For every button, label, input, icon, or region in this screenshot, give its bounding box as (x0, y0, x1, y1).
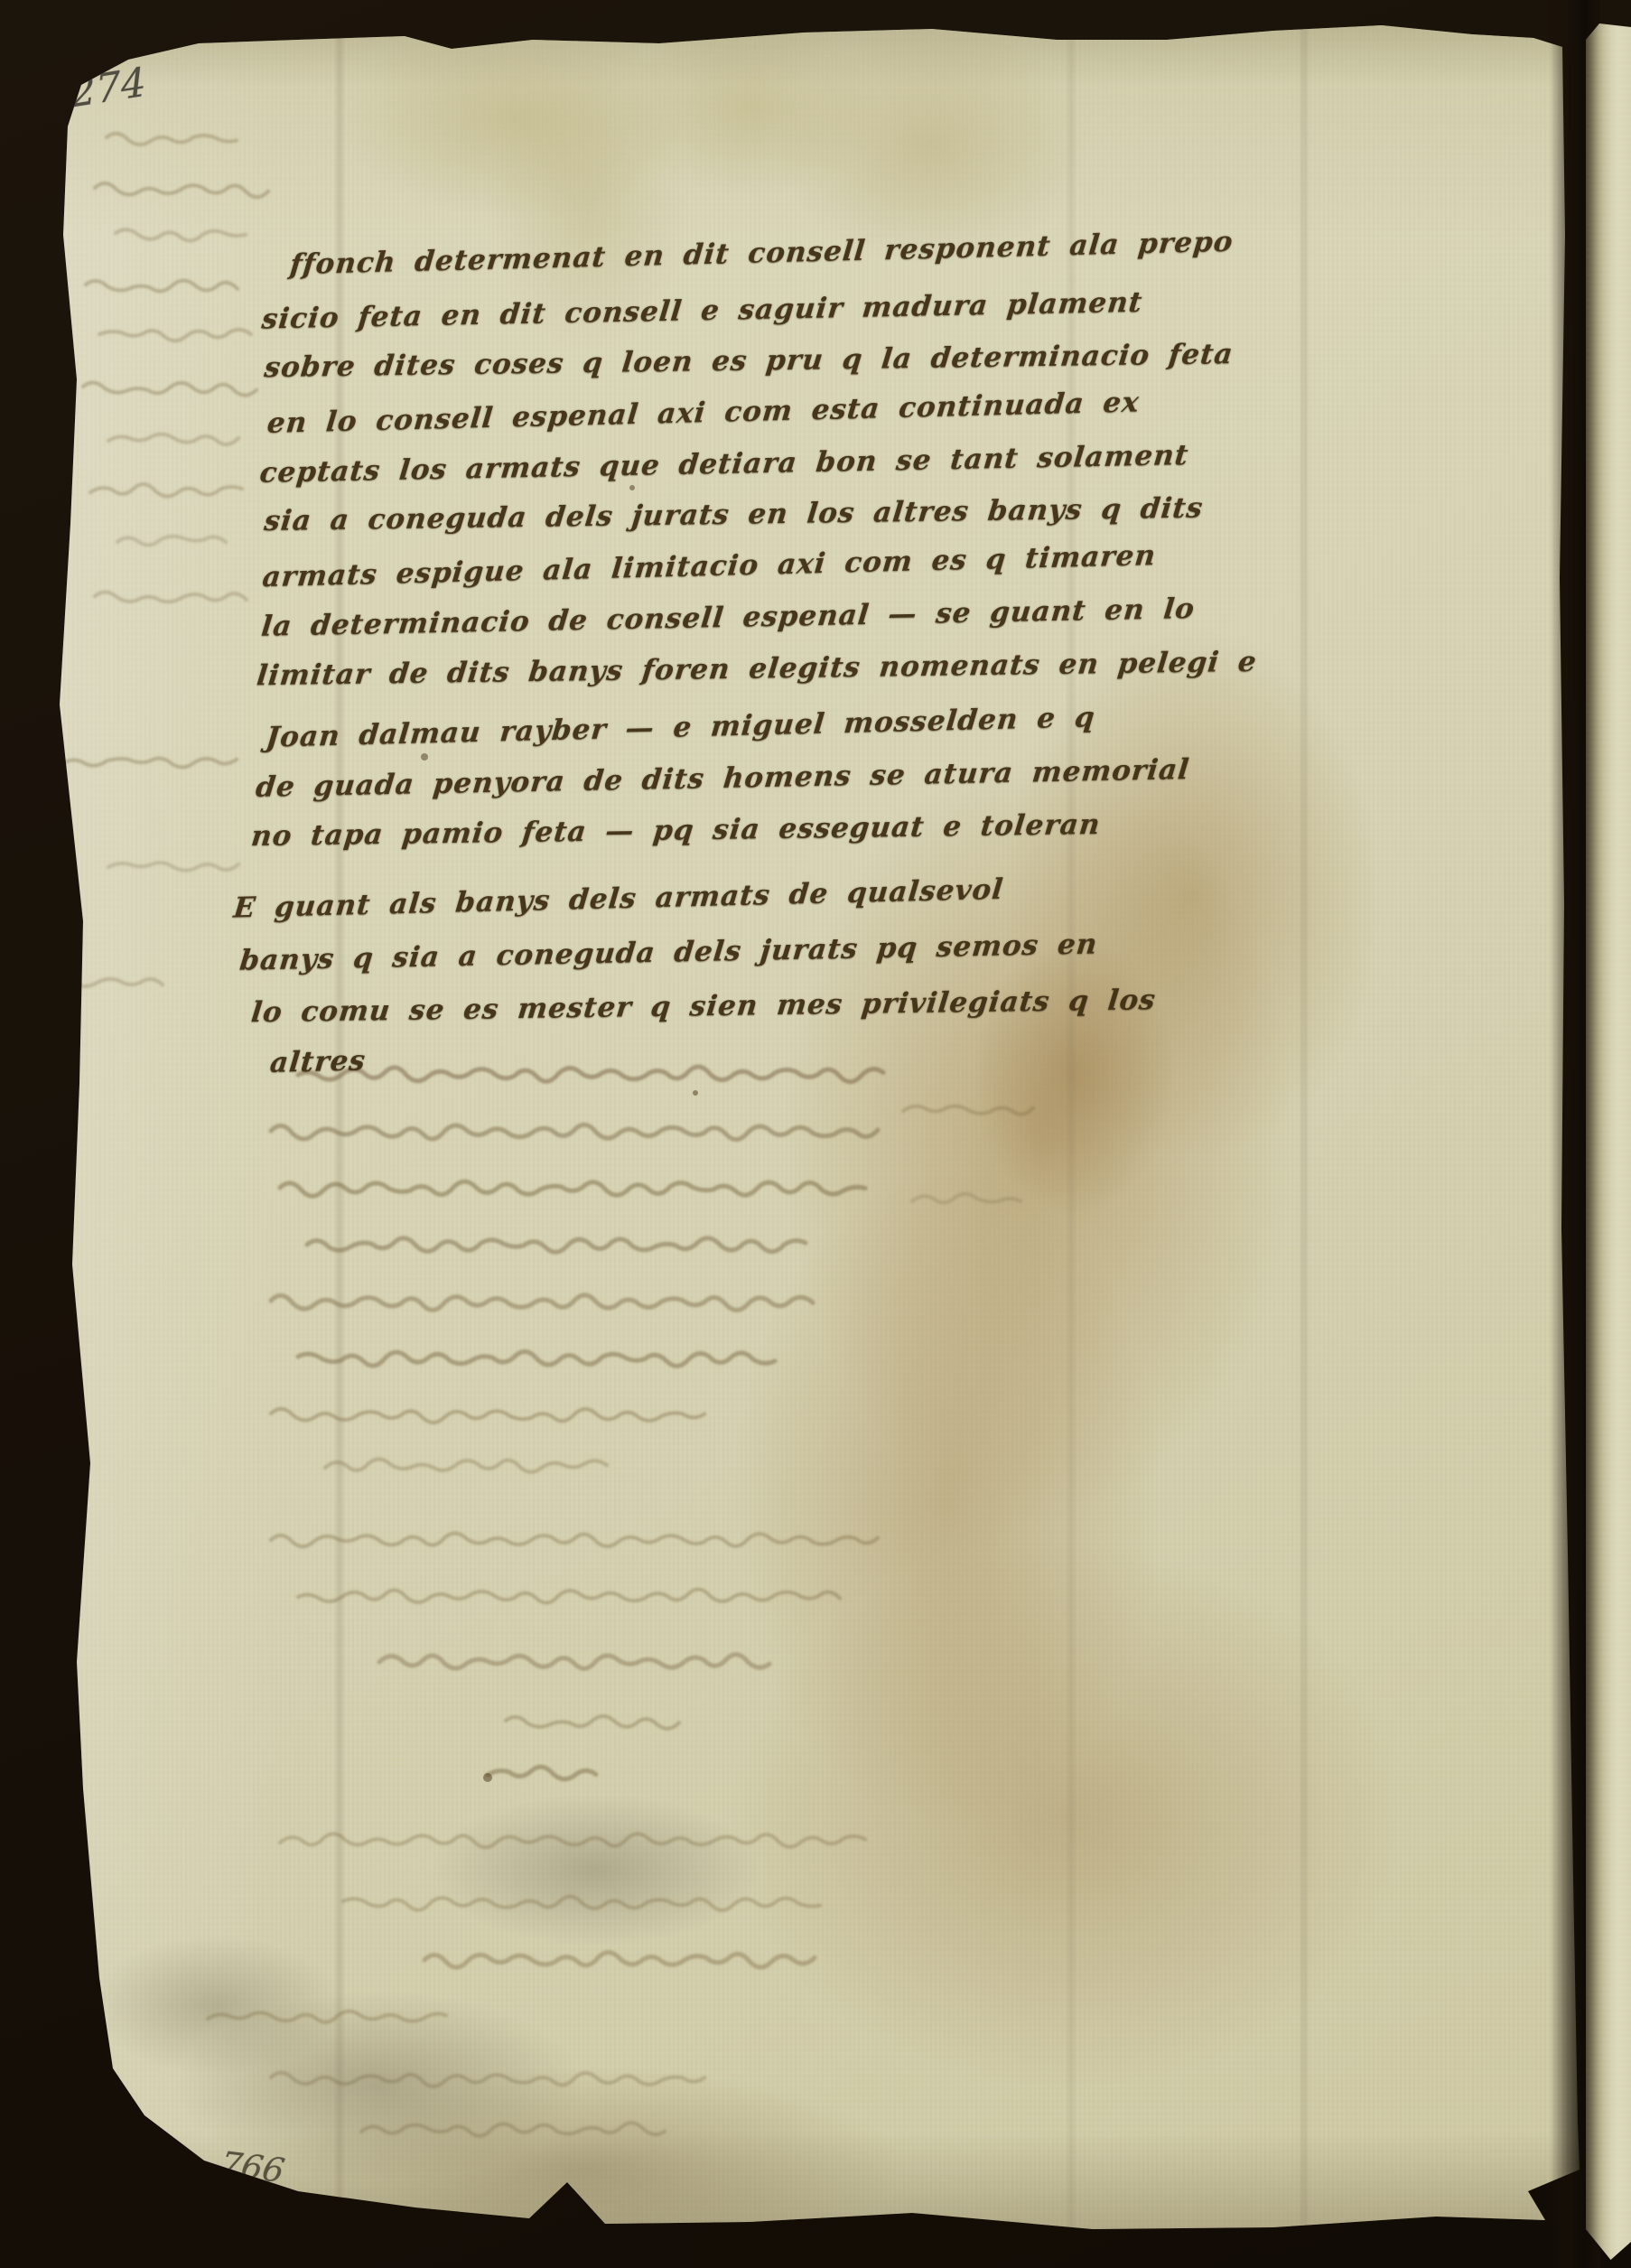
manuscript-text-block: ffonch determenat en dit consell respone… (15, 10, 1592, 2253)
manuscript-line: altres (268, 1044, 367, 1079)
manuscript-line: de guada penyora de dits homens se atura… (255, 753, 1191, 804)
manuscript-line: limitar de dits banys foren elegits nome… (255, 646, 1258, 693)
manuscript-line: en lo consell espenal axi com esta conti… (266, 386, 1141, 440)
photograph-backdrop: ffonch determenat en dit consell respone… (0, 0, 1631, 2268)
manuscript-line: no tapa pamio feta — pq sia esseguat e t… (249, 808, 1102, 853)
manuscript-line: sobre dites coses q loen es pru q la det… (263, 338, 1235, 384)
manuscript-line: banys q sia a coneguda dels jurats pq se… (238, 928, 1100, 976)
adjacent-page-edge (1586, 0, 1631, 2268)
manuscript-line: la determinacio de consell espenal — se … (260, 593, 1197, 643)
manuscript-line: armats espigue ala limitacio axi com es … (261, 539, 1158, 593)
folio-number-pencil: 766 (217, 2144, 287, 2190)
manuscript-line: ffonch determenat en dit consell respone… (288, 226, 1235, 282)
manuscript-line: Joan dalmau rayber — e miguel mosselden … (265, 701, 1097, 753)
manuscript-line: lo comu se es mester q sien mes privileg… (249, 984, 1157, 1029)
manuscript-page: ffonch determenat en dit consell respone… (27, 18, 1580, 2245)
manuscript-line: sicio feta en dit consell e saguir madur… (260, 286, 1144, 336)
manuscript-line: ceptats los armats que detiara bon se ta… (258, 439, 1190, 490)
manuscript-line: sia a coneguda dels jurats en los altres… (263, 491, 1205, 537)
manuscript-line: E guant als banys dels armats de qualsev… (232, 873, 1005, 925)
